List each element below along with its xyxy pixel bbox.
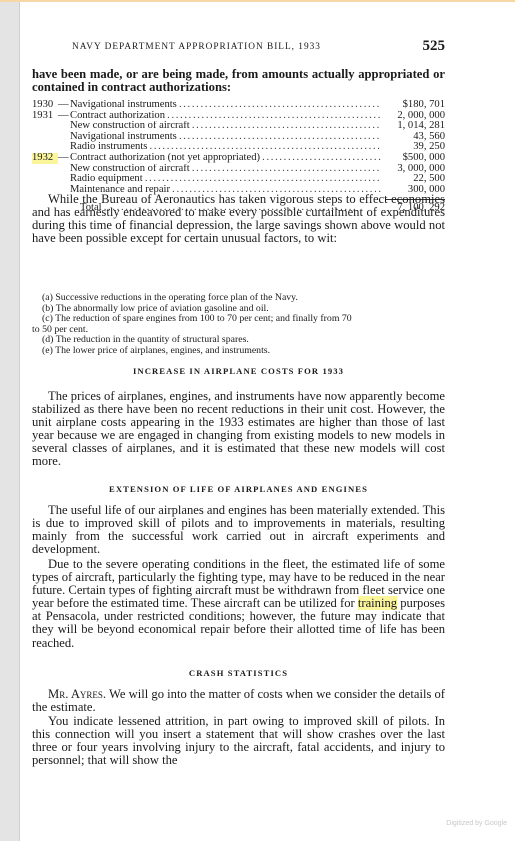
ledger-value: $180, 701 — [381, 100, 445, 111]
ledger-label: Navigational instruments — [70, 132, 381, 143]
running-head: NAVY DEPARTMENT APPROPRIATION BILL, 1933… — [32, 38, 445, 56]
ledger-row: New construction of aircraft1, 014, 281 — [32, 121, 445, 132]
ledger-year — [32, 164, 58, 175]
document-page: NAVY DEPARTMENT APPROPRIATION BILL, 1933… — [20, 2, 515, 841]
ledger-row: Radio equipment22, 500 — [32, 174, 445, 185]
paragraph-airplane-costs: The prices of airplanes, engines, and in… — [32, 390, 445, 469]
ledger-dash — [58, 132, 70, 143]
ledger-label: Radio equipment — [70, 174, 381, 185]
ledger-label: Contract authorization — [70, 111, 381, 122]
intro-paragraph: have been made, or are being made, from … — [32, 68, 445, 94]
paragraph-operating-conditions: Due to the severe operating conditions i… — [32, 558, 445, 650]
ledger-row: Navigational instruments43, 560 — [32, 132, 445, 143]
paragraph-mr-ayres: Mr. Ayres. We will go into the matter of… — [32, 688, 445, 714]
ledger-value: $500, 000 — [381, 153, 445, 164]
ledger-row: Radio instruments39, 250 — [32, 142, 445, 153]
ledger-year — [32, 132, 58, 143]
ledger-dash: — — [58, 111, 70, 122]
ledger-label: New construction of aircraft — [70, 121, 381, 132]
factors-list: (a) Successive reductions in the operati… — [32, 293, 445, 357]
ledger-label: Contract authorization (not yet appropri… — [70, 153, 381, 164]
ledger-row: 1931—Contract authorization2, 000, 000 — [32, 111, 445, 122]
search-highlight: training — [358, 596, 397, 610]
ledger-year: 1932 — [32, 153, 58, 164]
ledger-dash: — — [58, 100, 70, 111]
section-heading-airplane-costs: INCREASE IN AIRPLANE COSTS FOR 1933 — [32, 366, 445, 376]
ledger-label: New construction of aircraft — [70, 164, 381, 175]
ledger-label: Radio instruments — [70, 142, 381, 153]
factor-c: (c) The reduction of spare engines from … — [32, 314, 445, 325]
section-heading-extension-of-life: EXTENSION OF LIFE OF AIRPLANES AND ENGIN… — [32, 484, 445, 494]
ledger-dash — [58, 164, 70, 175]
factor-e: (e) The lower price of airplanes, engine… — [32, 346, 445, 357]
ledger-row: 1930—Navigational instruments$180, 701 — [32, 100, 445, 111]
ledger-dash — [58, 121, 70, 132]
ledger-year — [32, 121, 58, 132]
section-heading-crash-statistics: CRASH STATISTICS — [32, 668, 445, 678]
running-head-title: NAVY DEPARTMENT APPROPRIATION BILL, 1933 — [72, 42, 321, 52]
ledger-dash: — — [58, 153, 70, 164]
ledger-row: 1932—Contract authorization (not yet app… — [32, 153, 445, 164]
paragraph-bureau-economies: While the Bureau of Aeronautics has take… — [32, 193, 445, 245]
paragraph-useful-life: The useful life of our airplanes and eng… — [32, 504, 445, 556]
factor-a: (a) Successive reductions in the operati… — [32, 293, 445, 304]
ledger-year: 1931 — [32, 111, 58, 122]
ledger-year: 1930 — [32, 100, 58, 111]
page-number: 525 — [423, 38, 446, 55]
ledger-dash — [58, 174, 70, 185]
ledger-row: New construction of aircraft3, 000, 000 — [32, 164, 445, 175]
left-gutter — [0, 2, 20, 841]
paragraph-attrition: You indicate lessened attrition, in part… — [32, 715, 445, 767]
speaker-name: Mr. Ayres. — [48, 687, 106, 701]
ledger-year — [32, 174, 58, 185]
ledger-label: Navigational instruments — [70, 100, 381, 111]
digitized-watermark: Digitized by Google — [446, 820, 507, 827]
